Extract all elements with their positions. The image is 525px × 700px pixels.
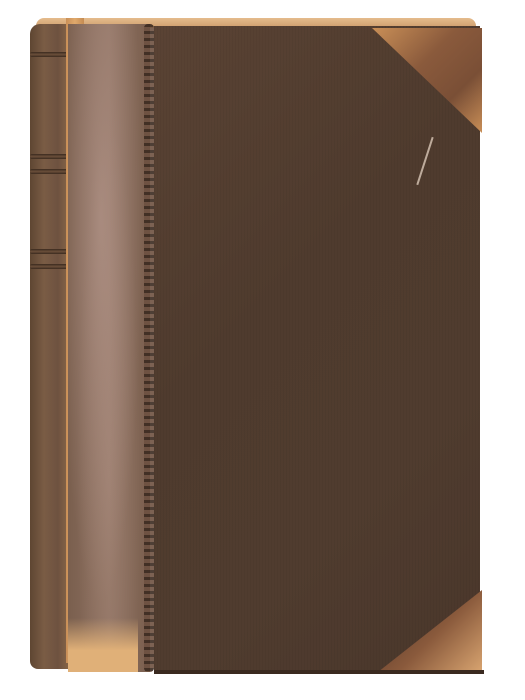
spine-raised-band bbox=[30, 169, 68, 174]
spine-raised-band bbox=[30, 52, 68, 57]
antique-book bbox=[16, 18, 488, 680]
cloth-cover-board bbox=[154, 26, 480, 672]
spine-raised-band bbox=[30, 154, 68, 159]
tooled-border bbox=[144, 24, 154, 672]
book-spine bbox=[30, 24, 70, 669]
spine-raised-band bbox=[30, 264, 68, 269]
leather-half-binding bbox=[68, 24, 150, 672]
cover-bottom-edge bbox=[154, 670, 484, 674]
photo-scene bbox=[0, 0, 525, 700]
worn-leather-bottom bbox=[68, 618, 138, 672]
spine-raised-band bbox=[30, 249, 68, 254]
